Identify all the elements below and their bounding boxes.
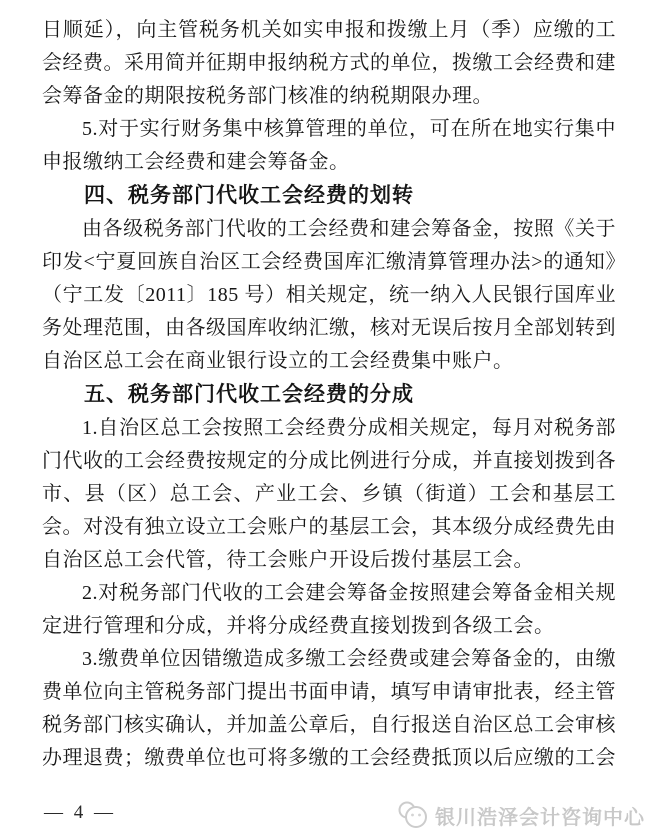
watermark-text: 银川浩泽会计咨询中心	[435, 801, 645, 830]
page-number: — 4 —	[44, 802, 116, 824]
accounting-center-logo-icon	[396, 800, 430, 830]
document-page: 日顺延），向主管税务机关如实申报和拨缴上月（季）应缴的工会经费。采用简并征期申报…	[0, 0, 659, 837]
section-heading-4: 四、税务部门代收工会经费的划转	[42, 179, 616, 213]
paragraph-item-5: 5.对于实行财务集中核算管理的单位，可在所在地实行集中申报缴纳工会经费和建会筹备…	[42, 113, 616, 179]
paragraph-transfer-rules: 由各级税务部门代收的工会经费和建会筹备金，按照《关于印发<宁夏回族自治区工会经费…	[42, 213, 616, 378]
watermark: 银川浩泽会计咨询中心	[396, 800, 645, 830]
document-content: 日顺延），向主管税务机关如实申报和拨缴上月（季）应缴的工会经费。采用简并征期申报…	[0, 0, 659, 775]
paragraph-continuation: 日顺延），向主管税务机关如实申报和拨缴上月（季）应缴的工会经费。采用简并征期申报…	[42, 14, 616, 113]
section-heading-5: 五、税务部门代收工会经费的分成	[42, 378, 616, 412]
paragraph-item-1: 1.自治区总工会按照工会经费分成相关规定，每月对税务部门代收的工会经费按规定的分…	[42, 412, 616, 577]
paragraph-item-3: 3.缴费单位因错缴造成多缴工会经费或建会筹备金的，由缴费单位向主管税务部门提出书…	[42, 643, 616, 775]
paragraph-item-2: 2.对税务部门代收的工会建会筹备金按照建会筹备金相关规定进行管理和分成，并将分成…	[42, 577, 616, 643]
